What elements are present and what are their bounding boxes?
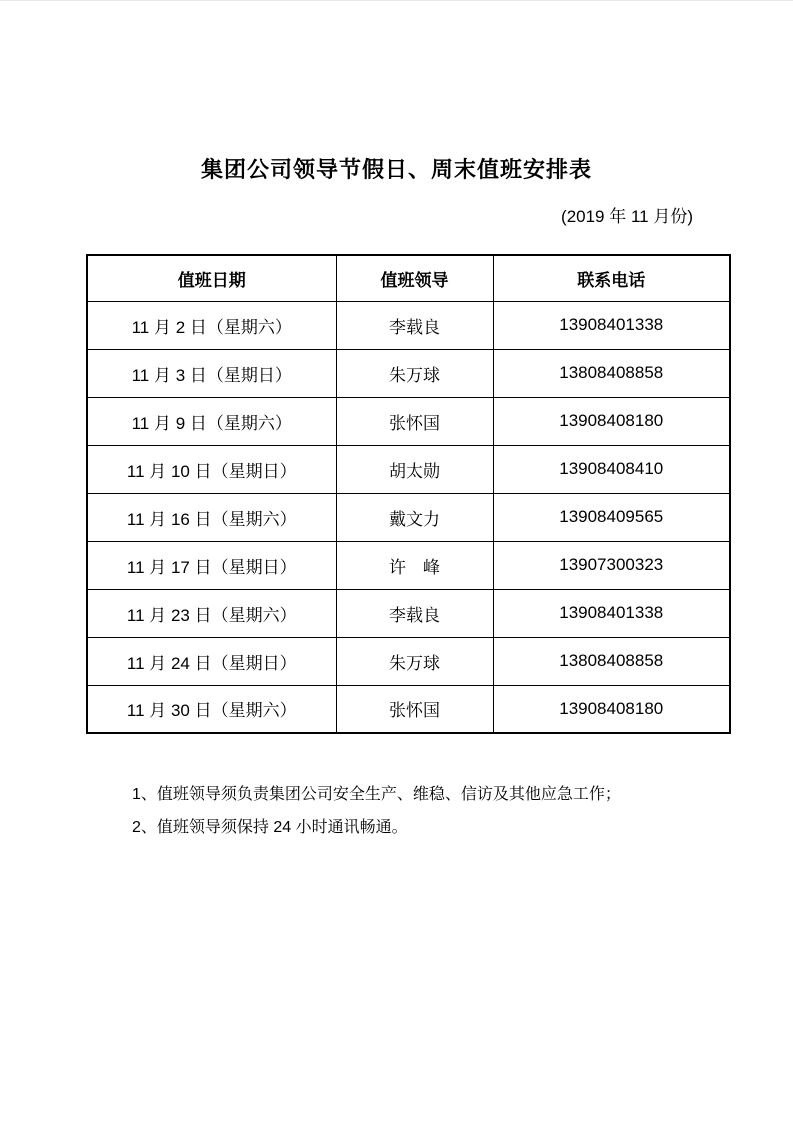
table-row: 11 月 3 日（星期日） 朱万球 13808408858 xyxy=(87,349,730,397)
date-cell: 11 月 3 日（星期日） xyxy=(87,349,336,397)
leader-cell: 张怀国 xyxy=(336,685,493,733)
footnotes: 1、值班领导须负责集团公司安全生产、维稳、信访及其他应急工作； 2、值班领导须保… xyxy=(132,778,733,844)
phone-cell: 13908408180 xyxy=(493,397,730,445)
header-cell-duty-date: 值班日期 xyxy=(87,255,336,301)
table-row: 11 月 24 日（星期日） 朱万球 13808408858 xyxy=(87,637,730,685)
phone-cell: 13908408180 xyxy=(493,685,730,733)
footnote-1: 1、值班领导须负责集团公司安全生产、维稳、信访及其他应急工作； xyxy=(132,778,733,811)
date-cell: 11 月 9 日（星期六） xyxy=(87,397,336,445)
date-cell: 11 月 17 日（星期日） xyxy=(87,541,336,589)
phone-cell: 13808408858 xyxy=(493,637,730,685)
date-cell: 11 月 23 日（星期六） xyxy=(87,589,336,637)
date-cell: 11 月 2 日（星期六） xyxy=(87,301,336,349)
leader-cell: 李载良 xyxy=(336,301,493,349)
table-header-row: 值班日期 值班领导 联系电话 xyxy=(87,255,730,301)
table-row: 11 月 23 日（星期六） 李载良 13908401338 xyxy=(87,589,730,637)
table-row: 11 月 9 日（星期六） 张怀国 13908408180 xyxy=(87,397,730,445)
footnote-2: 2、值班领导须保持 24 小时通讯畅通。 xyxy=(132,811,733,844)
date-cell: 11 月 10 日（星期日） xyxy=(87,445,336,493)
phone-cell: 13908409565 xyxy=(493,493,730,541)
phone-cell: 13908408410 xyxy=(493,445,730,493)
table-row: 11 月 17 日（星期日） 许 峰 13907300323 xyxy=(87,541,730,589)
duty-schedule-table: 值班日期 值班领导 联系电话 11 月 2 日（星期六） 李载良 1390840… xyxy=(86,254,731,734)
table-row: 11 月 2 日（星期六） 李载良 13908401338 xyxy=(87,301,730,349)
document-page: 集团公司领导节假日、周末值班安排表 (2019 年 11 月份) 值班日期 值班… xyxy=(0,1,793,1122)
leader-cell: 李载良 xyxy=(336,589,493,637)
leader-cell: 朱万球 xyxy=(336,637,493,685)
leader-cell: 戴文力 xyxy=(336,493,493,541)
leader-cell: 张怀国 xyxy=(336,397,493,445)
date-cell: 11 月 24 日（星期日） xyxy=(87,637,336,685)
leader-cell: 朱万球 xyxy=(336,349,493,397)
header-cell-duty-leader: 值班领导 xyxy=(336,255,493,301)
phone-cell: 13907300323 xyxy=(493,541,730,589)
table-row: 11 月 10 日（星期日） 胡太勋 13908408410 xyxy=(87,445,730,493)
leader-cell: 胡太勋 xyxy=(336,445,493,493)
phone-cell: 13908401338 xyxy=(493,301,730,349)
page-subtitle: (2019 年 11 月份) xyxy=(0,205,693,229)
table-row: 11 月 16 日（星期六） 戴文力 13908409565 xyxy=(87,493,730,541)
date-cell: 11 月 16 日（星期六） xyxy=(87,493,336,541)
header-cell-contact-phone: 联系电话 xyxy=(493,255,730,301)
page-title: 集团公司领导节假日、周末值班安排表 xyxy=(0,153,793,186)
phone-cell: 13908401338 xyxy=(493,589,730,637)
date-cell: 11 月 30 日（星期六） xyxy=(87,685,336,733)
phone-cell: 13808408858 xyxy=(493,349,730,397)
table-row: 11 月 30 日（星期六） 张怀国 13908408180 xyxy=(87,685,730,733)
leader-cell: 许 峰 xyxy=(336,541,493,589)
